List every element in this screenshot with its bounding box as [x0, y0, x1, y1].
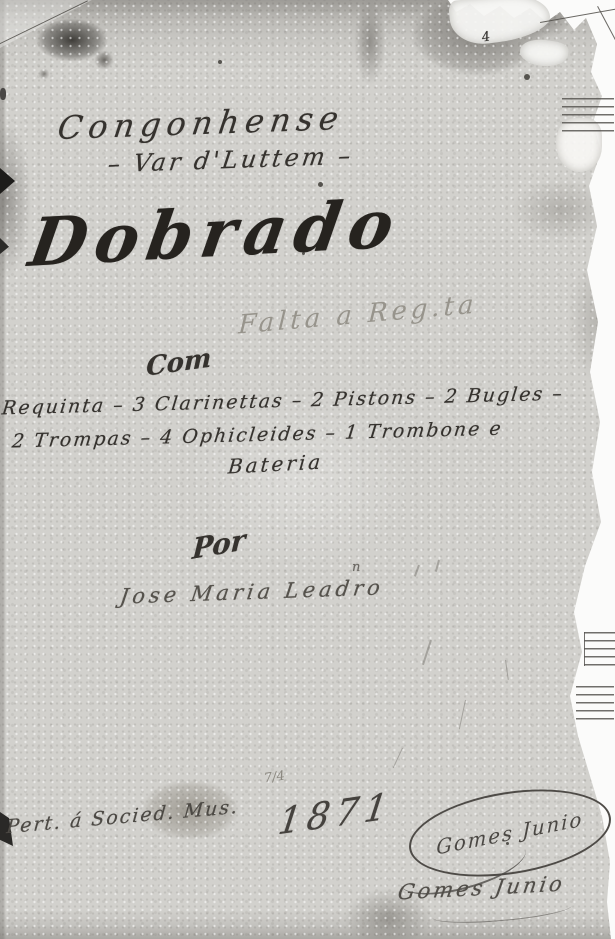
- ink-blot: [0, 88, 6, 100]
- music-staff-fragment: [562, 98, 614, 136]
- music-staff-fragment: [584, 632, 615, 666]
- ink-speck: [218, 60, 222, 64]
- stray-pen-mark: n: [352, 560, 360, 575]
- ink-speck: [318, 182, 323, 187]
- corner-crease-line: [597, 6, 615, 51]
- ink-speck: [524, 74, 530, 80]
- fraction-mark: 7/4: [263, 769, 286, 787]
- music-staff-fragment: [576, 686, 614, 726]
- instrumentation-line-3: Bateria: [227, 449, 324, 478]
- scanned-manuscript-cover: Congonhense – Var d'Luttem – Dobrado Fal…: [0, 0, 615, 939]
